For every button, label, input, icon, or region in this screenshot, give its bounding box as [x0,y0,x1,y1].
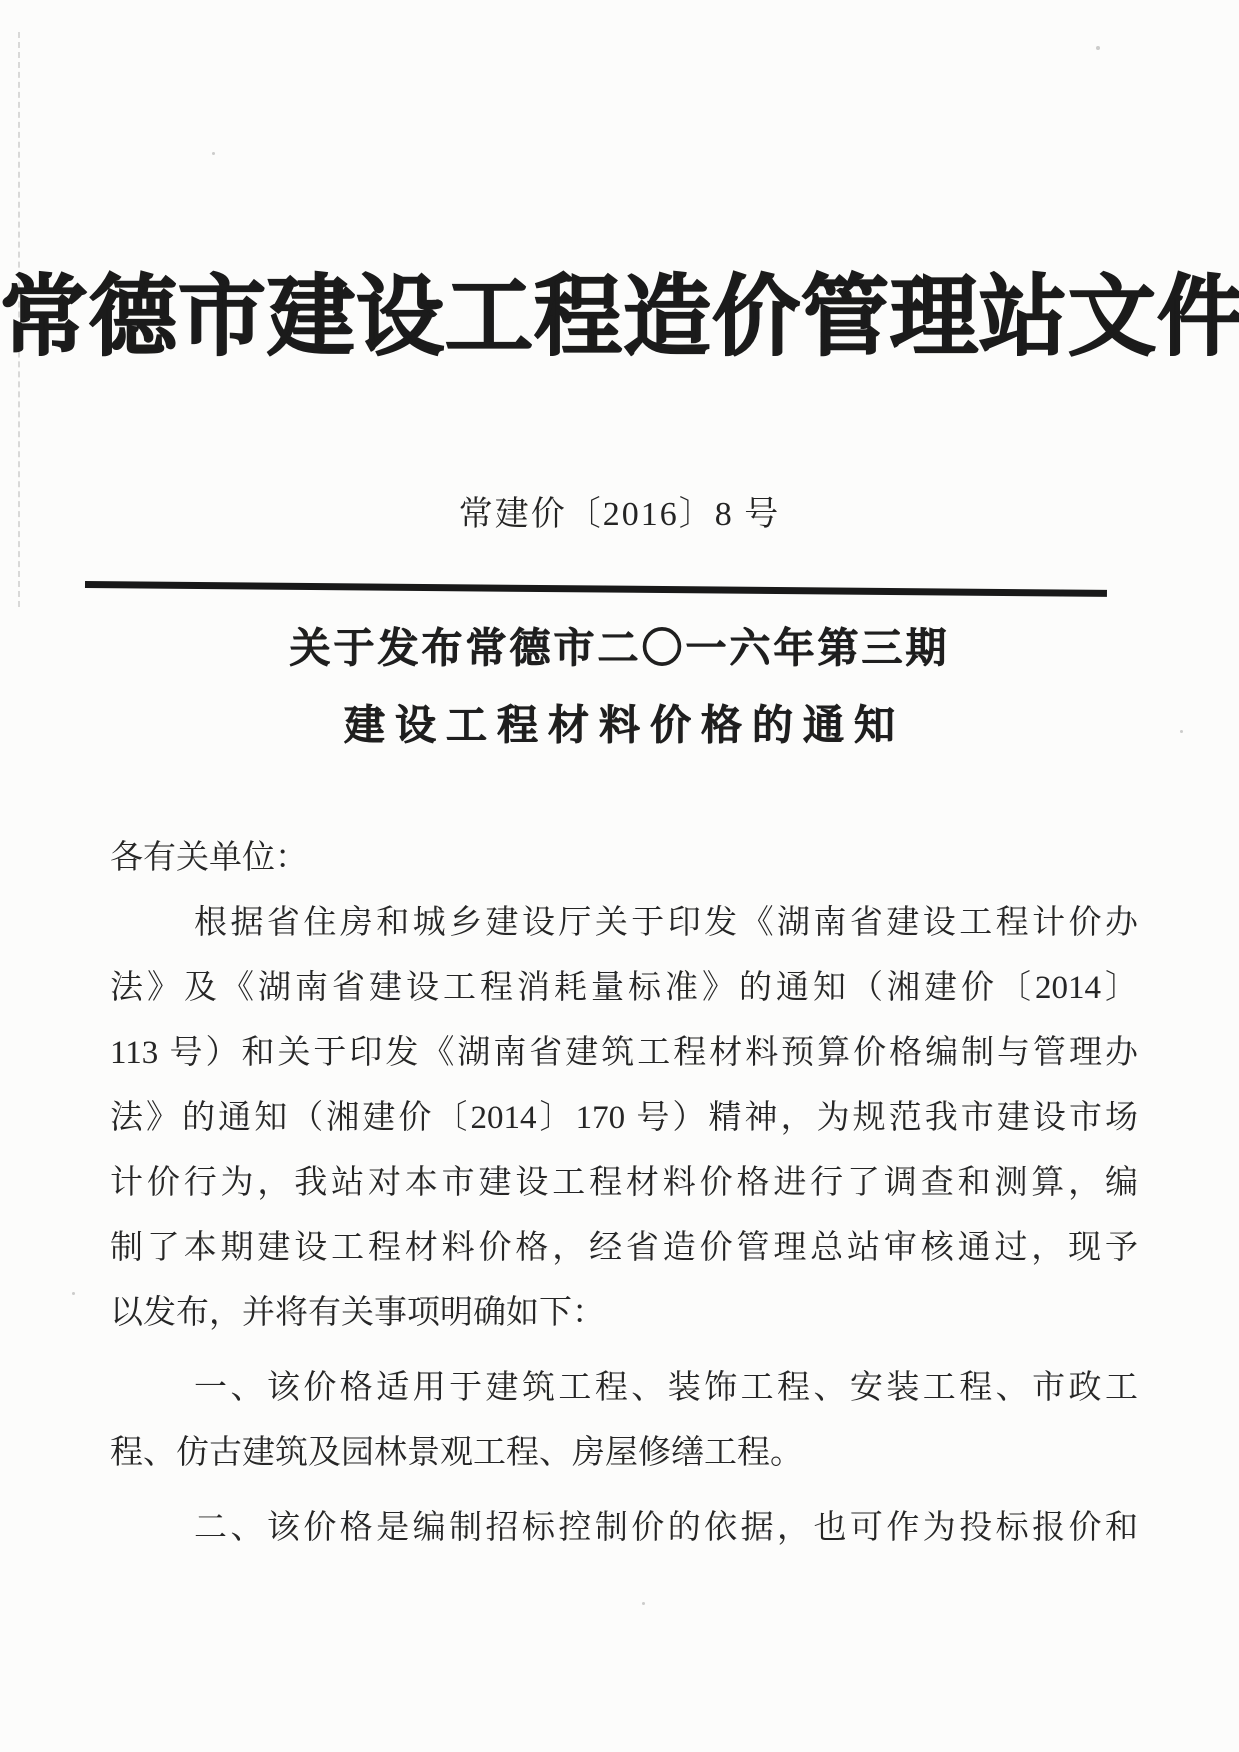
body-line: 根据省住房和城乡建设厅关于印发《湖南省建设工程计价办 [110,891,1138,956]
scan-speck [72,1292,75,1295]
letterhead-title: 常德市建设工程造价管理站文件 [0,268,1239,369]
salutation: 各有关单位： [110,826,1138,891]
document-body: 各有关单位： 根据省住房和城乡建设厅关于印发《湖南省建设工程计价办 法》及《湖南… [110,826,1138,1561]
body-line: 以发布，并将有关事项明确如下： [110,1281,1138,1346]
scan-speck [212,152,215,155]
letterhead-divider [85,581,1107,597]
scan-speck [642,1602,645,1605]
body-line: 法》及《湖南省建设工程消耗量标准》的通知（湘建价〔2014〕 [110,956,1138,1021]
document-number: 常建价〔2016〕8 号 [0,486,1239,535]
body-line: 一、该价格适用于建筑工程、装饰工程、安装工程、市政工 [110,1356,1138,1421]
body-line: 二、该价格是编制招标控制价的依据，也可作为投标报价和 [110,1496,1138,1561]
notice-title-line2: 建设工程材料价格的通知 [0,705,1239,746]
body-line: 计价行为，我站对本市建设工程材料价格进行了调查和测算，编 [110,1151,1138,1216]
body-line: 制了本期建设工程材料价格，经省造价管理总站审核通过，现予 [110,1216,1138,1281]
body-line: 程、仿古建筑及园林景观工程、房屋修缮工程。 [110,1421,1138,1486]
body-line: 113 号）和关于印发《湖南省建筑工程材料预算价格编制与管理办 [110,1021,1138,1086]
body-line: 法》的通知（湘建价〔2014〕170 号）精神，为规范我市建设市场 [110,1086,1138,1151]
document-page: 常德市建设工程造价管理站文件 常建价〔2016〕8 号 关于发布常德市二〇一六年… [0,0,1239,1752]
notice-title: 关于发布常德市二〇一六年第三期 建设工程材料价格的通知 [0,628,1239,746]
notice-title-line1: 关于发布常德市二〇一六年第三期 [0,628,1239,669]
scan-speck [1096,46,1100,50]
